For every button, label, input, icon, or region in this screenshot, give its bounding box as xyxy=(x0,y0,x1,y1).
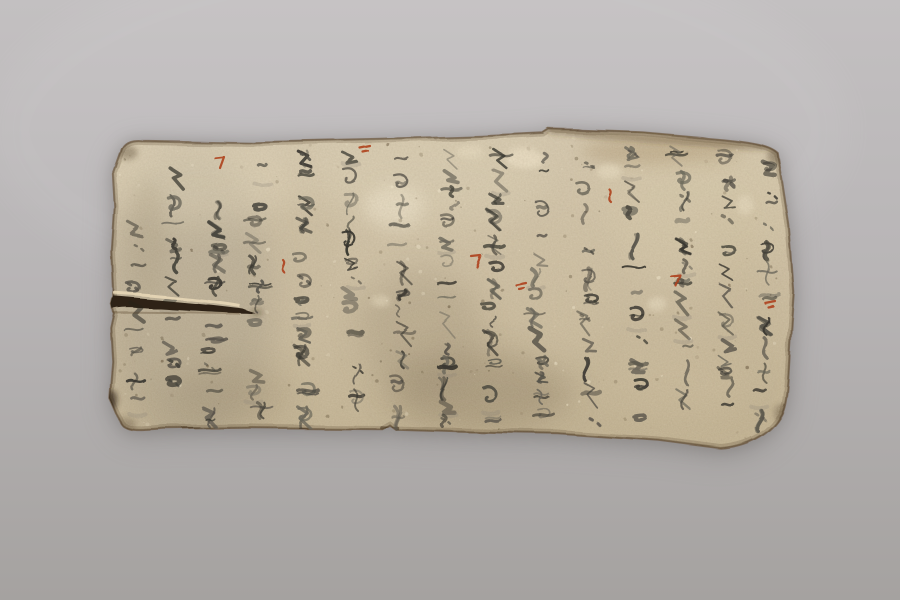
studio-backdrop: Photograph of an ancient Egyptian wooden… xyxy=(0,0,900,600)
writing-board-photo xyxy=(0,0,900,600)
writing-board xyxy=(105,124,800,456)
crack-tail xyxy=(251,311,263,315)
